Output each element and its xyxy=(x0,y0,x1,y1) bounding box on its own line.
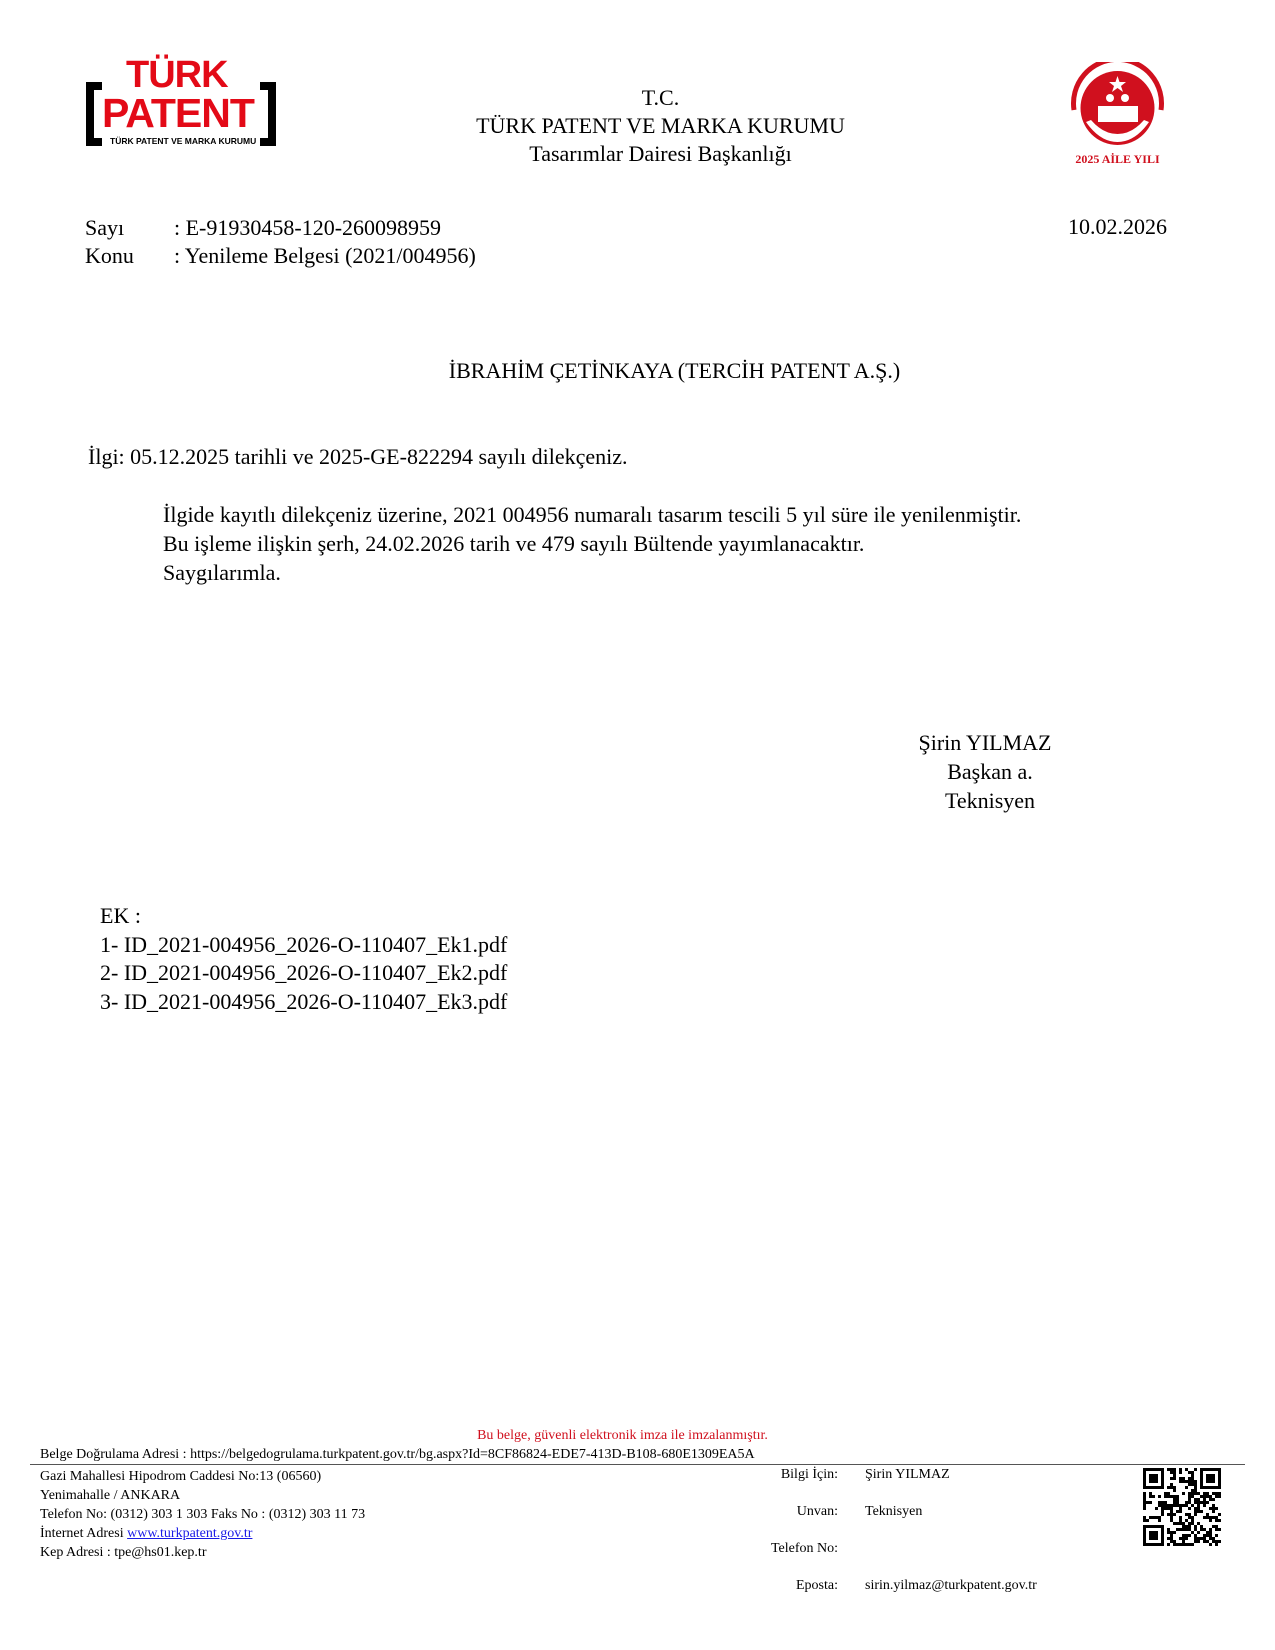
contact-label-telefon: Telefon No: xyxy=(738,1541,838,1557)
signature-block: Şirin YILMAZ Başkan a. Teknisyen xyxy=(905,728,1075,815)
konu-label: Konu xyxy=(85,242,134,270)
body-paragraph: Bu işleme ilişkin şerh, 24.02.2026 tarih… xyxy=(163,529,1021,558)
recipient-name: İBRAHİM ÇETİNKAYA (TERCİH PATENT A.Ş.) xyxy=(449,358,900,384)
contact-value-unvan: Teknisyen xyxy=(865,1504,922,1520)
attachments: EK : 1- ID_2021-004956_2026-O-110407_Ek1… xyxy=(100,902,507,1016)
contact-value-eposta: sirin.yilmaz@turkpatent.gov.tr xyxy=(865,1578,1037,1594)
header-tc: T.C. xyxy=(23,84,1275,112)
footer-divider xyxy=(30,1464,1245,1465)
address-city: Yenimahalle / ANKARA xyxy=(40,1486,365,1505)
institution-address: Gazi Mahallesi Hipodrom Caddesi No:13 (0… xyxy=(40,1467,365,1562)
sayi-value: : E-91930458-120-260098959 xyxy=(174,214,441,242)
attachments-label: EK : xyxy=(100,902,507,931)
header-department: Tasarımlar Dairesi Başkanlığı xyxy=(23,140,1275,168)
contact-value-bilgi: Şirin YILMAZ xyxy=(865,1467,950,1483)
body-paragraph: İlgide kayıtlı dilekçeniz üzerine, 2021 … xyxy=(163,500,1021,529)
address-line: Gazi Mahallesi Hipodrom Caddesi No:13 (0… xyxy=(40,1467,365,1486)
esignature-note: Bu belge, güvenli elektronik imza ile im… xyxy=(0,1428,1275,1444)
qr-code-icon xyxy=(1143,1468,1221,1546)
letterhead: T.C. TÜRK PATENT VE MARKA KURUMU Tasarım… xyxy=(0,84,1275,168)
verification-address: Belge Doğrulama Adresi : https://belgedo… xyxy=(40,1447,755,1463)
sayi-label: Sayı xyxy=(85,214,124,242)
kep-address: Kep Adresi : tpe@hs01.kep.tr xyxy=(40,1543,365,1562)
konu-value: : Yenileme Belgesi (2021/004956) xyxy=(174,242,476,270)
phone-fax: Telefon No: (0312) 303 1 303 Faks No : (… xyxy=(40,1505,365,1524)
esignature-note-text: Bu belge, güvenli elektronik imza ile im… xyxy=(477,1428,768,1444)
internet-label: İnternet Adresi xyxy=(40,1526,127,1541)
recipient: İBRAHİM ÇETİNKAYA (TERCİH PATENT A.Ş.) xyxy=(0,358,1275,384)
attachment-item[interactable]: 2- ID_2021-004956_2026-O-110407_Ek2.pdf xyxy=(100,959,507,988)
letter-body: İlgide kayıtlı dilekçeniz üzerine, 2021 … xyxy=(163,500,1021,587)
document-date: 10.02.2026 xyxy=(1068,214,1167,240)
header-institution: TÜRK PATENT VE MARKA KURUMU xyxy=(23,112,1275,140)
body-closing: Saygılarımla. xyxy=(163,558,1021,587)
attachment-item[interactable]: 1- ID_2021-004956_2026-O-110407_Ek1.pdf xyxy=(100,931,507,960)
signer-role: Teknisyen xyxy=(905,786,1075,815)
signer-title: Başkan a. xyxy=(905,757,1075,786)
signer-name: Şirin YILMAZ xyxy=(900,728,1070,757)
contact-label-unvan: Unvan: xyxy=(738,1504,838,1520)
website-link[interactable]: www.turkpatent.gov.tr xyxy=(127,1526,252,1541)
attachment-item[interactable]: 3- ID_2021-004956_2026-O-110407_Ek3.pdf xyxy=(100,988,507,1017)
contact-label-eposta: Eposta: xyxy=(738,1578,838,1594)
reference-line: İlgi: 05.12.2025 tarihli ve 2025-GE-8222… xyxy=(88,444,628,470)
contact-label-bilgi: Bilgi İçin: xyxy=(738,1467,838,1483)
internet-address: İnternet Adresi www.turkpatent.gov.tr xyxy=(40,1524,365,1543)
